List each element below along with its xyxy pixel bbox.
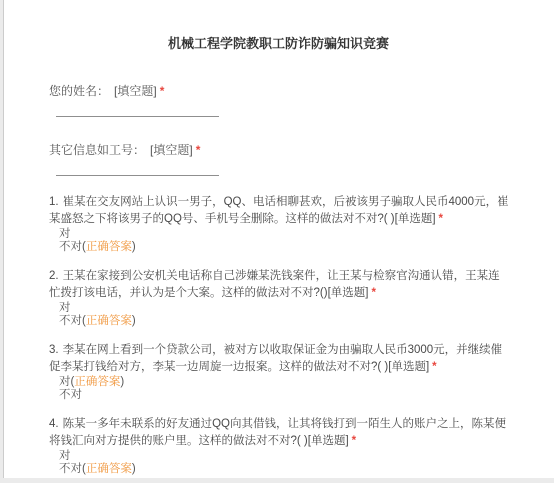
question-2: 2.王某在家接到公安机关电话称自己涉嫌某洗钱案件，让王某与检察官沟通认错，王某连… — [49, 268, 508, 328]
question-title: 4.陈某一多年未联系的好友通过QQ向其借钱，让其将钱打到一陌生人的账户之上，陈某… — [49, 416, 510, 450]
required-asterisk: * — [432, 361, 436, 373]
option-budui[interactable]: 不对(正确答案) — [59, 315, 508, 328]
question-type-tag: [填空题] — [114, 84, 157, 98]
question-number: 2. — [49, 270, 59, 282]
employee-id-input-line[interactable] — [56, 175, 219, 176]
name-input-line[interactable] — [56, 116, 219, 117]
mark-paren: ) — [132, 463, 136, 475]
question-number: 4. — [49, 418, 59, 430]
question-3: 3.李某在网上看到一个贷款公司，被对方以收取保证金为由骗取人民币3000元，并继… — [49, 342, 508, 402]
correct-answer-mark: 正确答案 — [86, 315, 132, 327]
question-title: 3.李某在网上看到一个贷款公司，被对方以收取保证金为由骗取人民币3000元，并继… — [49, 342, 510, 376]
name-field-label: 您的姓名：[填空题]* — [49, 83, 508, 99]
option-label: 对 — [59, 450, 71, 462]
option-dui[interactable]: 对(正确答案) — [59, 376, 508, 389]
survey-page: 机械工程学院教职工防诈防骗知识竞赛 您的姓名：[填空题]* 其它信息如工号：[填… — [3, 0, 554, 478]
option-label: 对 — [59, 228, 71, 240]
question-title: 2.王某在家接到公安机关电话称自己涉嫌某洗钱案件，让王某与检察官沟通认错，王某连… — [49, 268, 510, 302]
mark-paren: ) — [132, 315, 136, 327]
correct-answer-mark: 正确答案 — [86, 463, 132, 475]
correct-answer-mark: 正确答案 — [86, 241, 132, 253]
mark-paren: ) — [120, 376, 124, 388]
option-budui[interactable]: 不对(正确答案) — [59, 241, 508, 254]
question-type-tag: [单选题] — [388, 361, 429, 373]
correct-answer-mark: 正确答案 — [74, 376, 120, 388]
option-budui[interactable]: 不对(正确答案) — [59, 463, 508, 476]
question-type-tag: [单选题] — [395, 213, 436, 225]
mark-paren: ) — [132, 241, 136, 253]
option-label: 不对 — [59, 389, 82, 401]
option-dui[interactable]: 对 — [59, 228, 508, 241]
employee-id-field-label: 其它信息如工号：[填空题]* — [49, 142, 508, 158]
option-label: 不对 — [59, 315, 82, 327]
question-4: 4.陈某一多年未联系的好友通过QQ向其借钱，让其将钱打到一陌生人的账户之上，陈某… — [49, 416, 508, 476]
question-number: 3. — [49, 344, 59, 356]
required-asterisk: * — [439, 213, 443, 225]
option-label: 对 — [59, 376, 71, 388]
option-label: 对 — [59, 302, 71, 314]
option-label: 不对 — [59, 241, 82, 253]
field-label-text: 其它信息如工号： — [49, 143, 145, 157]
page-bottom-edge — [0, 478, 554, 483]
question-text: 陈某一多年未联系的好友通过QQ向其借钱，让其将钱打到一陌生人的账户之上，陈某便将… — [49, 418, 506, 447]
question-title: 1.崔某在交友网站上认识一男子，QQ、电话相聊甚欢，后被该男子骗取人民币4000… — [49, 194, 510, 228]
required-asterisk: * — [352, 435, 356, 447]
question-text: 王某在家接到公安机关电话称自己涉嫌某洗钱案件，让王某与检察官沟通认错，王某连忙拨… — [49, 270, 500, 299]
page-title: 机械工程学院教职工防诈防骗知识竞赛 — [49, 36, 508, 52]
field-label-text: 您的姓名： — [49, 84, 109, 98]
option-dui[interactable]: 对 — [59, 450, 508, 463]
option-budui[interactable]: 不对 — [59, 389, 508, 402]
question-type-tag: [单选题] — [328, 287, 369, 299]
question-type-tag: [单选题] — [308, 435, 349, 447]
option-label: 不对 — [59, 463, 82, 475]
required-asterisk: * — [371, 287, 375, 299]
question-type-tag: [填空题] — [150, 143, 193, 157]
question-number: 1. — [49, 196, 59, 208]
question-1: 1.崔某在交友网站上认识一男子，QQ、电话相聊甚欢，后被该男子骗取人民币4000… — [49, 194, 508, 254]
required-asterisk: * — [196, 143, 201, 157]
option-dui[interactable]: 对 — [59, 302, 508, 315]
required-asterisk: * — [160, 84, 165, 98]
